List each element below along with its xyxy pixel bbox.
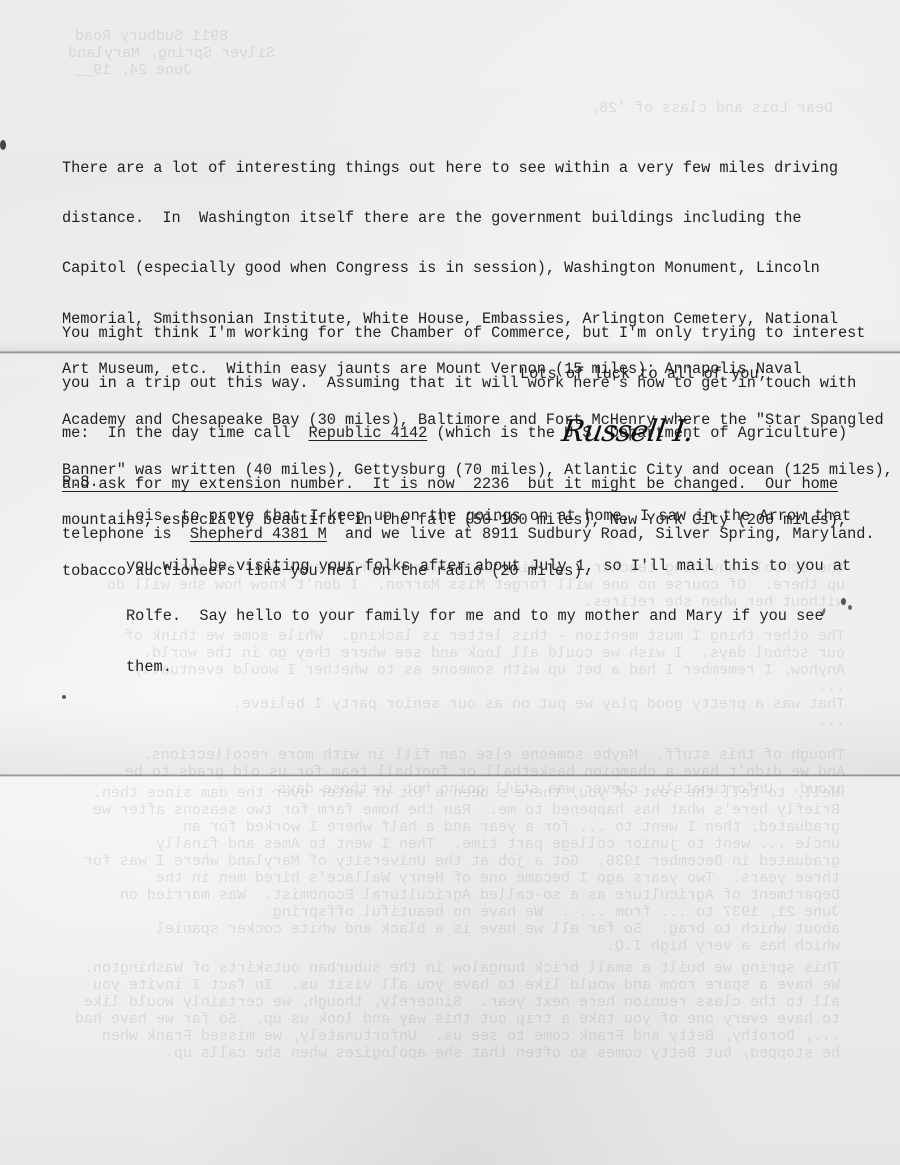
text-line: You might think I'm working for the Cham…	[62, 325, 875, 342]
handwritten-signature: Russell I.	[560, 414, 695, 449]
work-phone-number: Republic 4142	[309, 424, 428, 442]
bleed-through-salutation: Dear Lois and class of '28,	[590, 100, 833, 117]
text-line: There are a lot of interesting things ou…	[62, 160, 893, 177]
postscript-text: Lois, to prove that I keep up on the goi…	[126, 474, 851, 709]
ink-spot	[62, 695, 66, 699]
fold-shadow	[0, 700, 900, 774]
text-line: Rolfe. Say hello to your family for me a…	[126, 608, 851, 625]
closing-line: Lots of luck to all of you,	[520, 366, 768, 383]
bleed-through-block-3: This spring we built a small brick bunga…	[60, 960, 840, 1062]
postscript-label: P.S.	[62, 474, 99, 491]
text-line: them.	[126, 659, 851, 676]
text-line: Capitol (especially good when Congress i…	[62, 260, 893, 277]
text-line: distance. In Washington itself there are…	[62, 210, 893, 227]
paper-fold-line	[0, 774, 900, 777]
letter-page: 8911 Sudbury Road Silver Spring, Marylan…	[0, 0, 900, 1165]
bleed-through-address: 8911 Sudbury Road Silver Spring, Marylan…	[75, 28, 275, 79]
text-line: Lois, to prove that I keep up on the goi…	[126, 508, 851, 525]
bleed-through-block-2: Well, to tell the rest of you, there's b…	[60, 785, 840, 955]
text-segment: me: In the day time call	[62, 424, 309, 442]
text-line: me: In the day time call Republic 4142 (…	[62, 425, 875, 442]
text-line: you will be visiting your folks after ab…	[126, 558, 851, 575]
ink-spot	[0, 140, 6, 150]
